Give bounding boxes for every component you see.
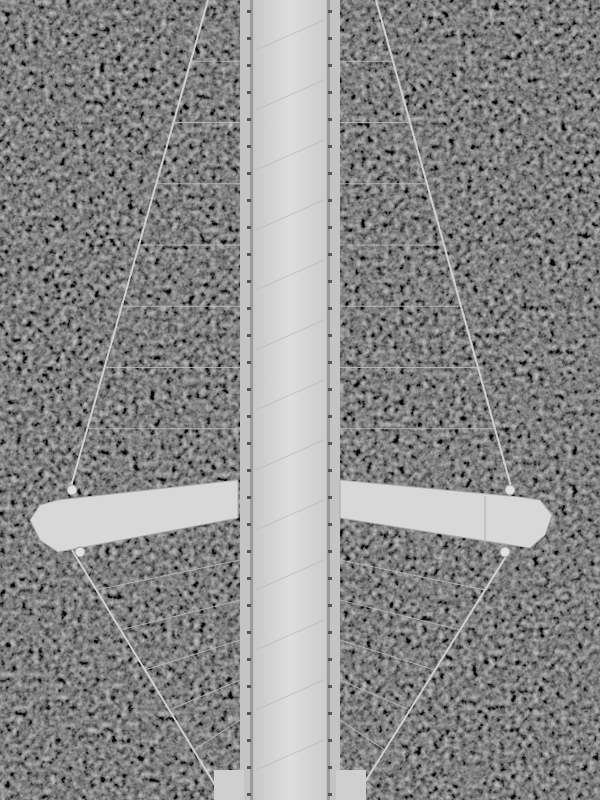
bridge-deck: [240, 0, 340, 800]
aerial-bridge-photo: [0, 0, 600, 800]
